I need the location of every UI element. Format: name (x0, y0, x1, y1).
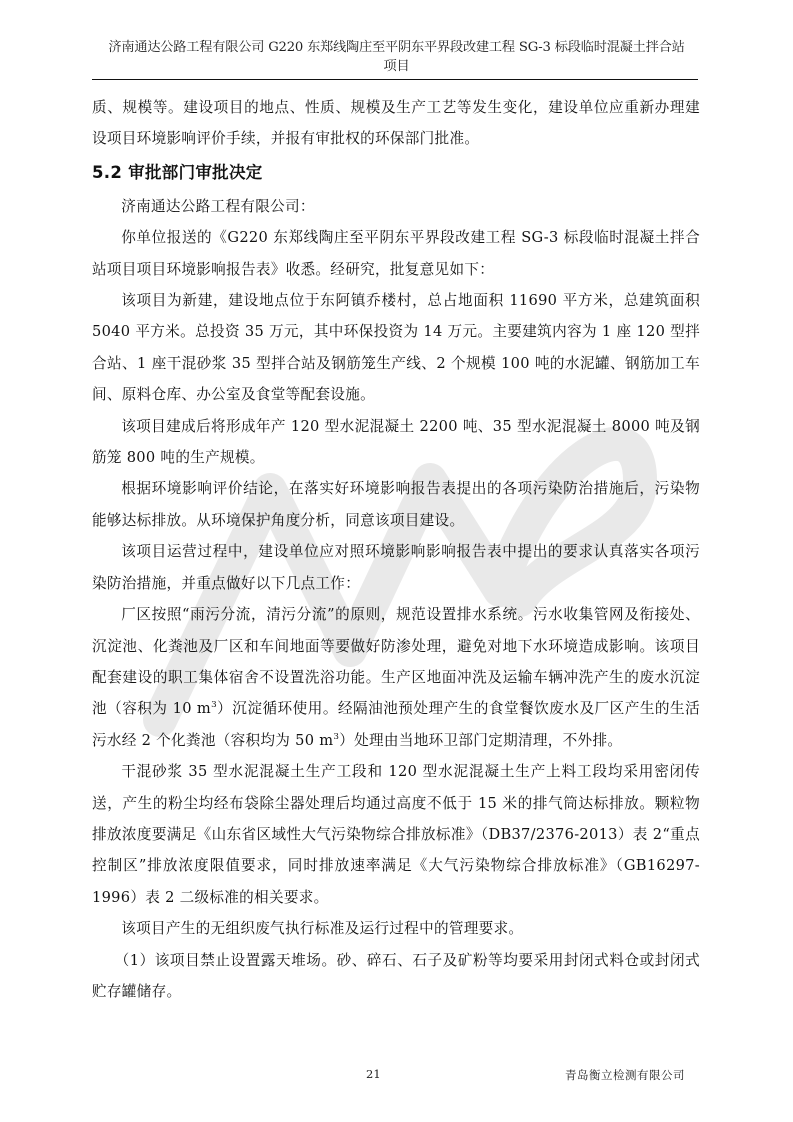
section-title: 5.2 审批部门审批决定 (92, 155, 700, 191)
footer-organization: 青岛衡立检测有限公司 (565, 1067, 685, 1083)
page-header: 济南通达公路工程有限公司 G220 东郑线陶庄至平阴东平界段改建工程 SG-3 … (96, 38, 697, 76)
header-title-line-2: 项目 (96, 57, 697, 76)
paragraph-continued: 质、规模等。建设项目的地点、性质、规模及生产工艺等发生变化，建设单位应重新办理建… (92, 92, 700, 155)
header-title-line-1: 济南通达公路工程有限公司 G220 东郑线陶庄至平阴东平界段改建工程 SG-3 … (96, 38, 697, 57)
paragraph-project-overview: 该项目为新建，建设地点位于东阿镇乔楼村，总占地面积 11690 平方米，总建筑面… (92, 285, 700, 411)
paragraph-conclusion: 根据环境影响评价结论，在落实好环境影响报告表提出的各项污染防治措施后，污染物能够… (92, 473, 700, 536)
paragraph-drainage: 厂区按照“雨污分流，清污分流”的原则，规范设置排水系统。污水收集管网及衔接处、沉… (92, 599, 700, 756)
addressee: 济南通达公路工程有限公司： (92, 191, 700, 222)
paragraph-fugitive-emission: 该项目产生的无组织废气执行标准及运行过程中的管理要求。 (92, 913, 700, 944)
document-body: 质、规模等。建设项目的地点、性质、规模及生产工艺等发生变化，建设单位应重新办理建… (92, 92, 700, 1007)
paragraph-operation-requirements: 该项目运营过程中，建设单位应对照环境影响影响报告表中提出的要求认真落实各项污染防… (92, 536, 700, 599)
paragraph-dust-emission: 干混砂浆 35 型水泥混凝土生产工段和 120 型水泥混凝土生产上料工段均采用密… (92, 756, 700, 913)
paragraph-intro: 你单位报送的《G220 东郑线陶庄至平阴东平界段改建工程 SG-3 标段临时混凝… (92, 222, 700, 285)
header-divider (92, 79, 698, 80)
paragraph-production-scale: 该项目建成后将形成年产 120 型水泥混凝土 2200 吨、35 型水泥混凝土 … (92, 411, 700, 474)
page-number: 21 (366, 1067, 381, 1081)
paragraph-item-1: （1）该项目禁止设置露天堆场。砂、碎石、石子及矿粉等均要采用封闭式料仓或封闭式贮… (92, 945, 700, 1008)
